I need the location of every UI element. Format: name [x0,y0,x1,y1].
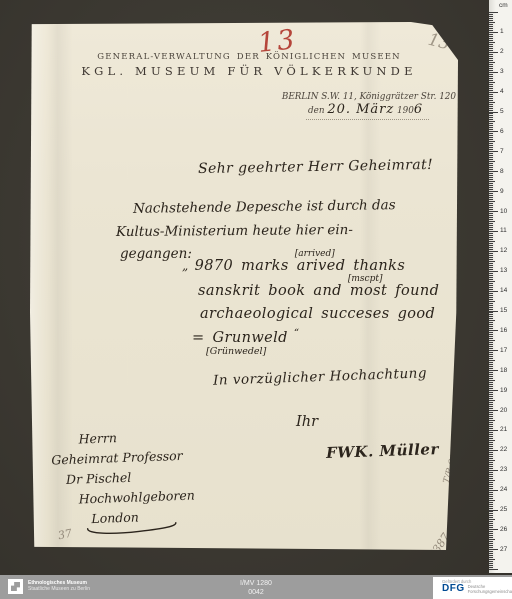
ruler-unit-label: cm [499,2,508,9]
recipient-address: Herrn Geheimrat Professor Dr Pischel Hoc… [48,426,196,531]
telegram-line1-annotated-word: [arrived]arived [297,258,346,274]
museum-logo [8,579,23,594]
telegram-line1-post: thanks [353,258,405,274]
telegram-line1-pre: 9870 marks [195,258,289,274]
telegram-line2-pre: sanskrit book and [198,283,342,299]
letterhead-line2: KGL. MUSEUM FÜR VÖLKERKUNDE [30,64,468,78]
dfg-logo-row: DFG Deutsche Forschungsgemeinschaft [442,584,512,595]
telegram-line-3: archaeological succeses good [200,306,435,322]
archive-footer: Ethnologisches Museum Staatliche Museen … [0,575,512,599]
letterhead-address: BERLIN S.W. 11, Königgrätzer Str. 120 [260,92,456,102]
recipient-line-5: London [91,507,139,529]
telegram-signoff: = Grunweld [192,330,288,346]
scan-viewport: 13 13 GENERAL-VERWALTUNG DER KÖNIGLICHEN… [0,0,512,599]
editorial-annotation-gruenwedel: [Grünwedel] [206,346,266,357]
dfg-acronym: DFG [442,584,465,594]
telegram-open-quote: „ [182,259,189,273]
date-year-printed: 190 [397,106,414,116]
shelfmark-page: 0042 [206,588,306,597]
date-handwritten: 20. März [327,102,394,117]
pencil-note-37: 37 [57,527,73,543]
dfg-logo: Gefördert durch DFG Deutsche Forschungsg… [433,577,512,599]
telegram-line2-post: found [395,283,439,299]
editorial-annotation-mscpt: [mscpt] [348,274,383,284]
paragraph-line-2: Kultus-Ministerium heute hier ein- [116,222,353,240]
telegram-line2-word: most [350,283,387,299]
underline-flourish [84,521,180,536]
telegram-line-4: = Grunweld“ [192,328,299,346]
telegram-close-quote: “ [294,328,300,339]
closing-pronoun: Ihr [296,414,318,430]
museum-credit: Ethnologisches Museum Staatliche Museen … [28,580,90,592]
dfg-full-name: Deutsche Forschungsgemeinschaft [468,585,512,595]
ruler: cm 1234567891011121314151617181920212223… [489,0,512,573]
paragraph-line-1: Nachstehende Depesche ist durch das [133,197,396,217]
shelfmark: I/MV 1280 0042 [206,579,306,597]
signature: FWK. Müller [326,440,439,462]
pencil-margin-note-lower: 6387 [426,531,452,561]
folio-number-pencil: 13 [426,30,452,55]
telegram-line1-word: arived [297,258,346,274]
letter-page: 13 13 GENERAL-VERWALTUNG DER KÖNIGLICHEN… [30,22,458,550]
telegram-line-2: sanskrit book and [mscpt]most found [198,283,439,299]
recipient-line-4: Hochwohlgeboren [78,485,195,509]
date-year-suffix: 6 [414,102,423,117]
dfg-name-line2: Forschungsgemeinschaft [468,590,512,595]
salutation: Sehr geehrter Herr Geheimrat! [198,157,433,177]
editorial-annotation-arrived: [arrived] [295,249,335,259]
pencil-margin-note-upper: T/B 6/33 [442,445,462,485]
museum-organization: Staatliche Museen zu Berlin [28,586,90,592]
date-line: den 20. März 1906 [306,102,429,120]
telegram-line-1: „9870 marks [arrived]arived thanks [182,258,405,274]
letterhead-line1: GENERAL-VERWALTUNG DER KÖNIGLICHEN MUSEE… [30,52,468,62]
date-prefix: den [308,106,325,116]
museum-logo-glyph-icon [11,582,20,591]
closing-formula: In vorzüglicher Hochachtung [213,365,427,388]
telegram-line2-annotated-word: [mscpt]most [350,283,387,299]
shelfmark-id: I/MV 1280 [206,579,306,588]
